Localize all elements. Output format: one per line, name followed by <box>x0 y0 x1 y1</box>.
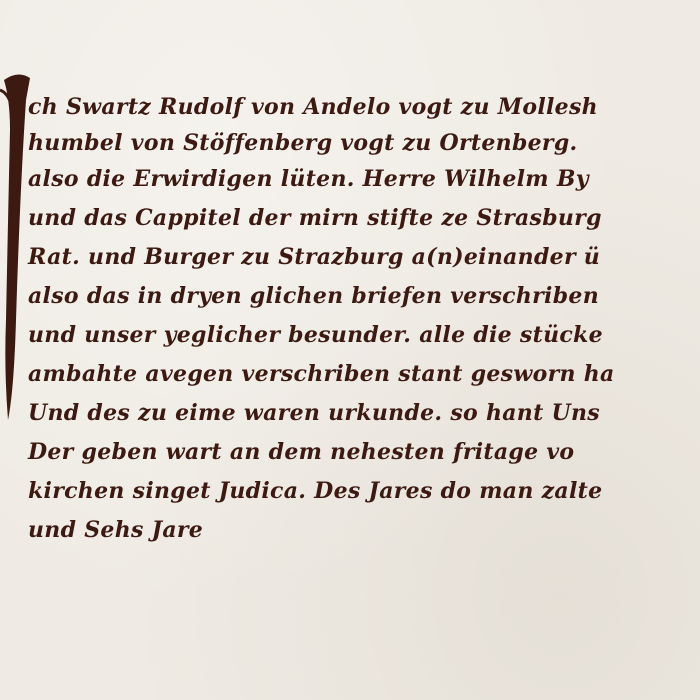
manuscript-line: humbel von Stöffenberg vogt zu Ortenberg… <box>28 128 577 158</box>
manuscript-line: und Sehs Jare <box>28 515 203 545</box>
manuscript-line: und das Cappitel der mirn stifte ze Stra… <box>28 203 602 233</box>
manuscript-line: Der geben wart an dem nehesten fritage v… <box>28 437 574 467</box>
manuscript-line: Und des zu eime waren urkunde. so hant U… <box>28 398 600 428</box>
manuscript-line: kirchen singet Judica. Des Jares do man … <box>28 476 602 506</box>
manuscript-line: also die Erwirdigen lüten. Herre Wilhelm… <box>28 164 589 194</box>
manuscript-line: Rat. und Burger zu Strazburg a(n)einande… <box>28 242 600 272</box>
manuscript-line: also das in dryen glichen briefen versch… <box>28 281 599 311</box>
manuscript-line: ambahte avegen verschriben stant gesworn… <box>28 359 615 389</box>
manuscript-line: ch Swartz Rudolf von Andelo vogt zu Moll… <box>28 92 598 122</box>
manuscript-line: und unser yeglicher besunder. alle die s… <box>28 320 603 350</box>
